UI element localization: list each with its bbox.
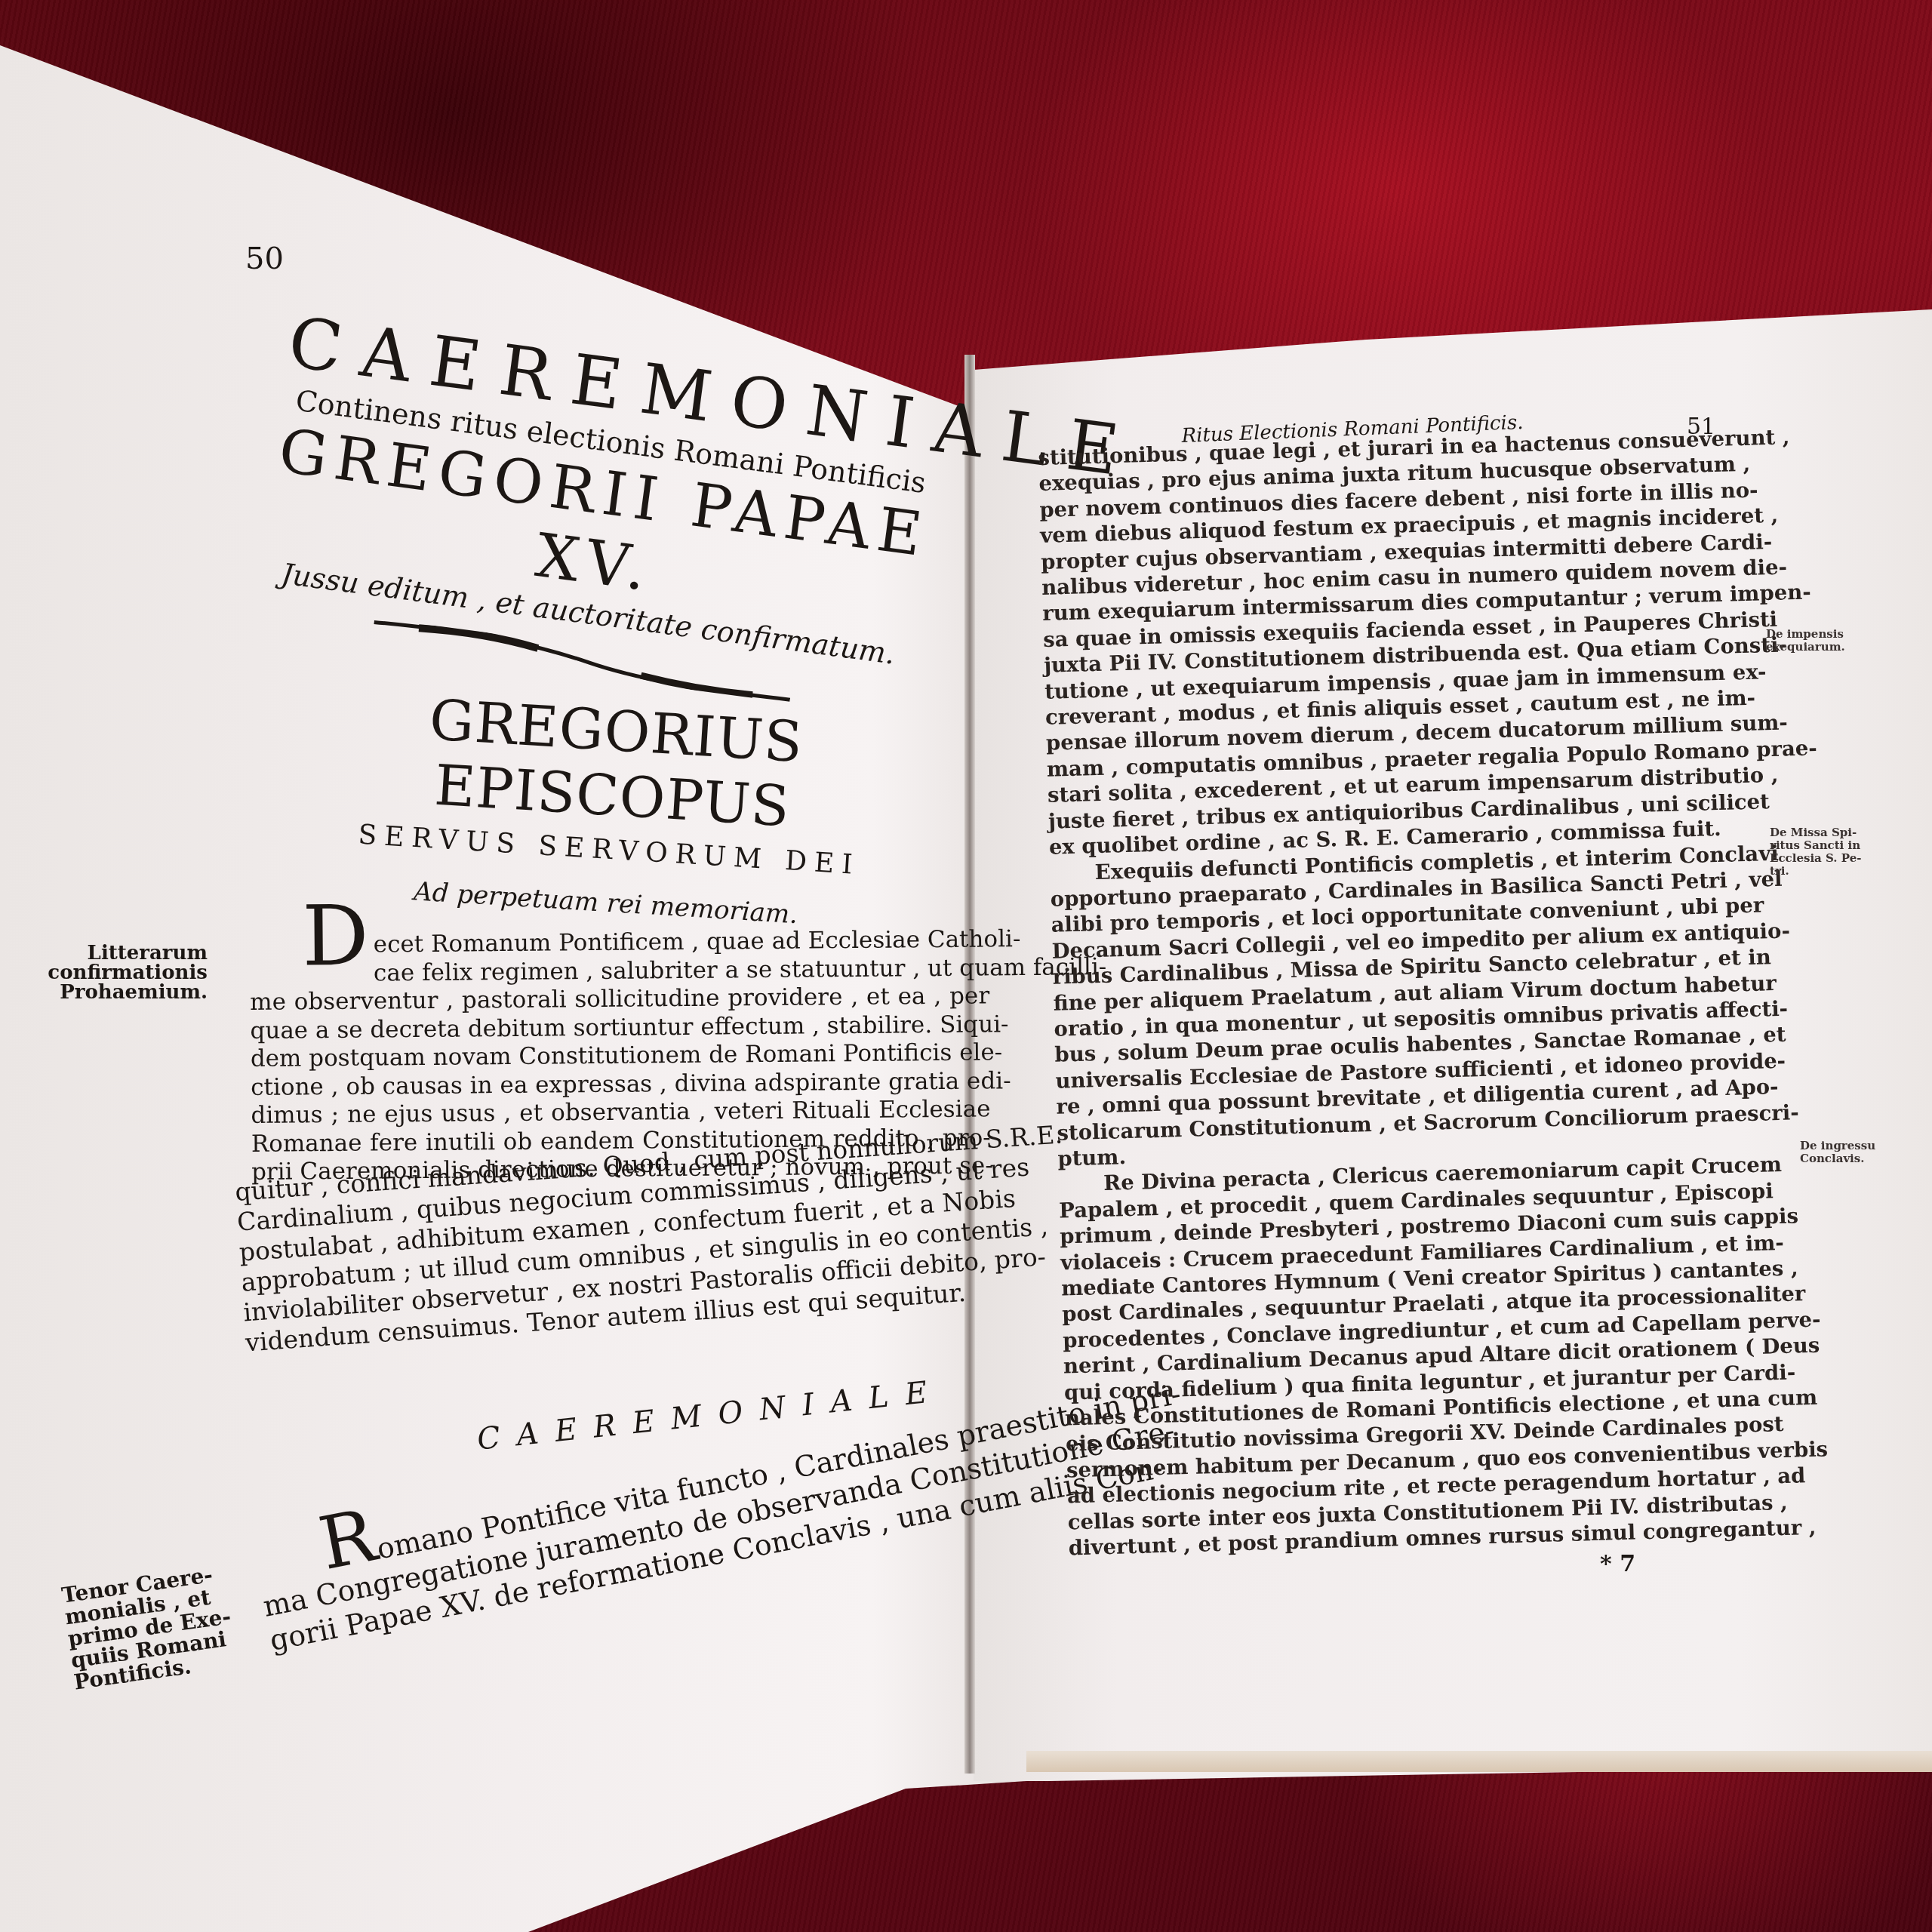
margin-note-tenor: Tenor Caere- monialis , et primo de Exe-…	[60, 1561, 244, 1694]
margin-note-line: Conclavis.	[1800, 1152, 1913, 1165]
signature-mark: * 7	[1600, 1551, 1635, 1577]
margin-note-line: Ecclesia S. Pe-	[1770, 852, 1875, 865]
margin-note-line: Prohaemium.	[45, 983, 208, 1002]
margin-note-ingressu: De ingressu Conclavis.	[1800, 1140, 1913, 1165]
right-page-body: stitutionibus , quae legi , et jurari in…	[1038, 426, 1767, 1561]
margin-note-line: Litterarum	[45, 943, 208, 963]
margin-note-impensis: De impensis exequiarum.	[1766, 628, 1872, 654]
margin-note-line: ritus Sancti in	[1770, 839, 1875, 852]
page-number-left: 50	[245, 241, 284, 276]
margin-note-line: De impensis	[1766, 628, 1872, 641]
dropcap-d: D	[302, 906, 369, 967]
margin-note-prohaemium: Litterarum confirmationis Prohaemium.	[45, 943, 208, 1002]
margin-note-line: De ingressu	[1800, 1140, 1913, 1152]
margin-note-missa: De Missa Spi- ritus Sancti in Ecclesia S…	[1770, 826, 1875, 878]
margin-note-line: De Missa Spi-	[1770, 826, 1875, 839]
margin-note-line: confirmationis	[45, 963, 208, 983]
margin-note-line: exequiarum.	[1766, 641, 1872, 654]
margin-note-line: tri.	[1770, 865, 1875, 878]
page-block-edge	[1026, 1751, 1932, 1772]
